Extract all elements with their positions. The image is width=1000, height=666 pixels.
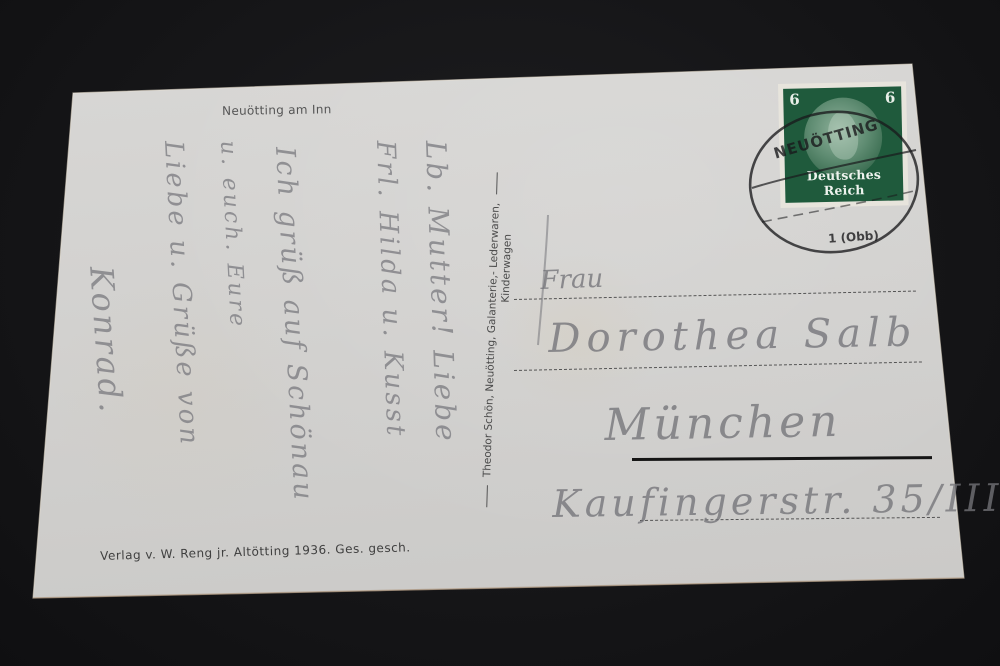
postcard-title: Neuötting am Inn bbox=[222, 102, 332, 118]
stamp-denomination-right: 6 bbox=[885, 89, 896, 107]
photo-scene: Neuötting am Inn Verlag v. W. Reng jr. A… bbox=[0, 0, 1000, 666]
stamp-country-text: Deutsches Reich bbox=[785, 166, 904, 198]
address-name: Dorothea Salb bbox=[548, 310, 918, 362]
address-city: München bbox=[604, 396, 842, 451]
address-street: Kaufingerstr. 35/III bbox=[552, 476, 1000, 526]
stamp-denomination-left: 6 bbox=[789, 91, 800, 109]
address-salutation: Frau bbox=[540, 264, 604, 296]
